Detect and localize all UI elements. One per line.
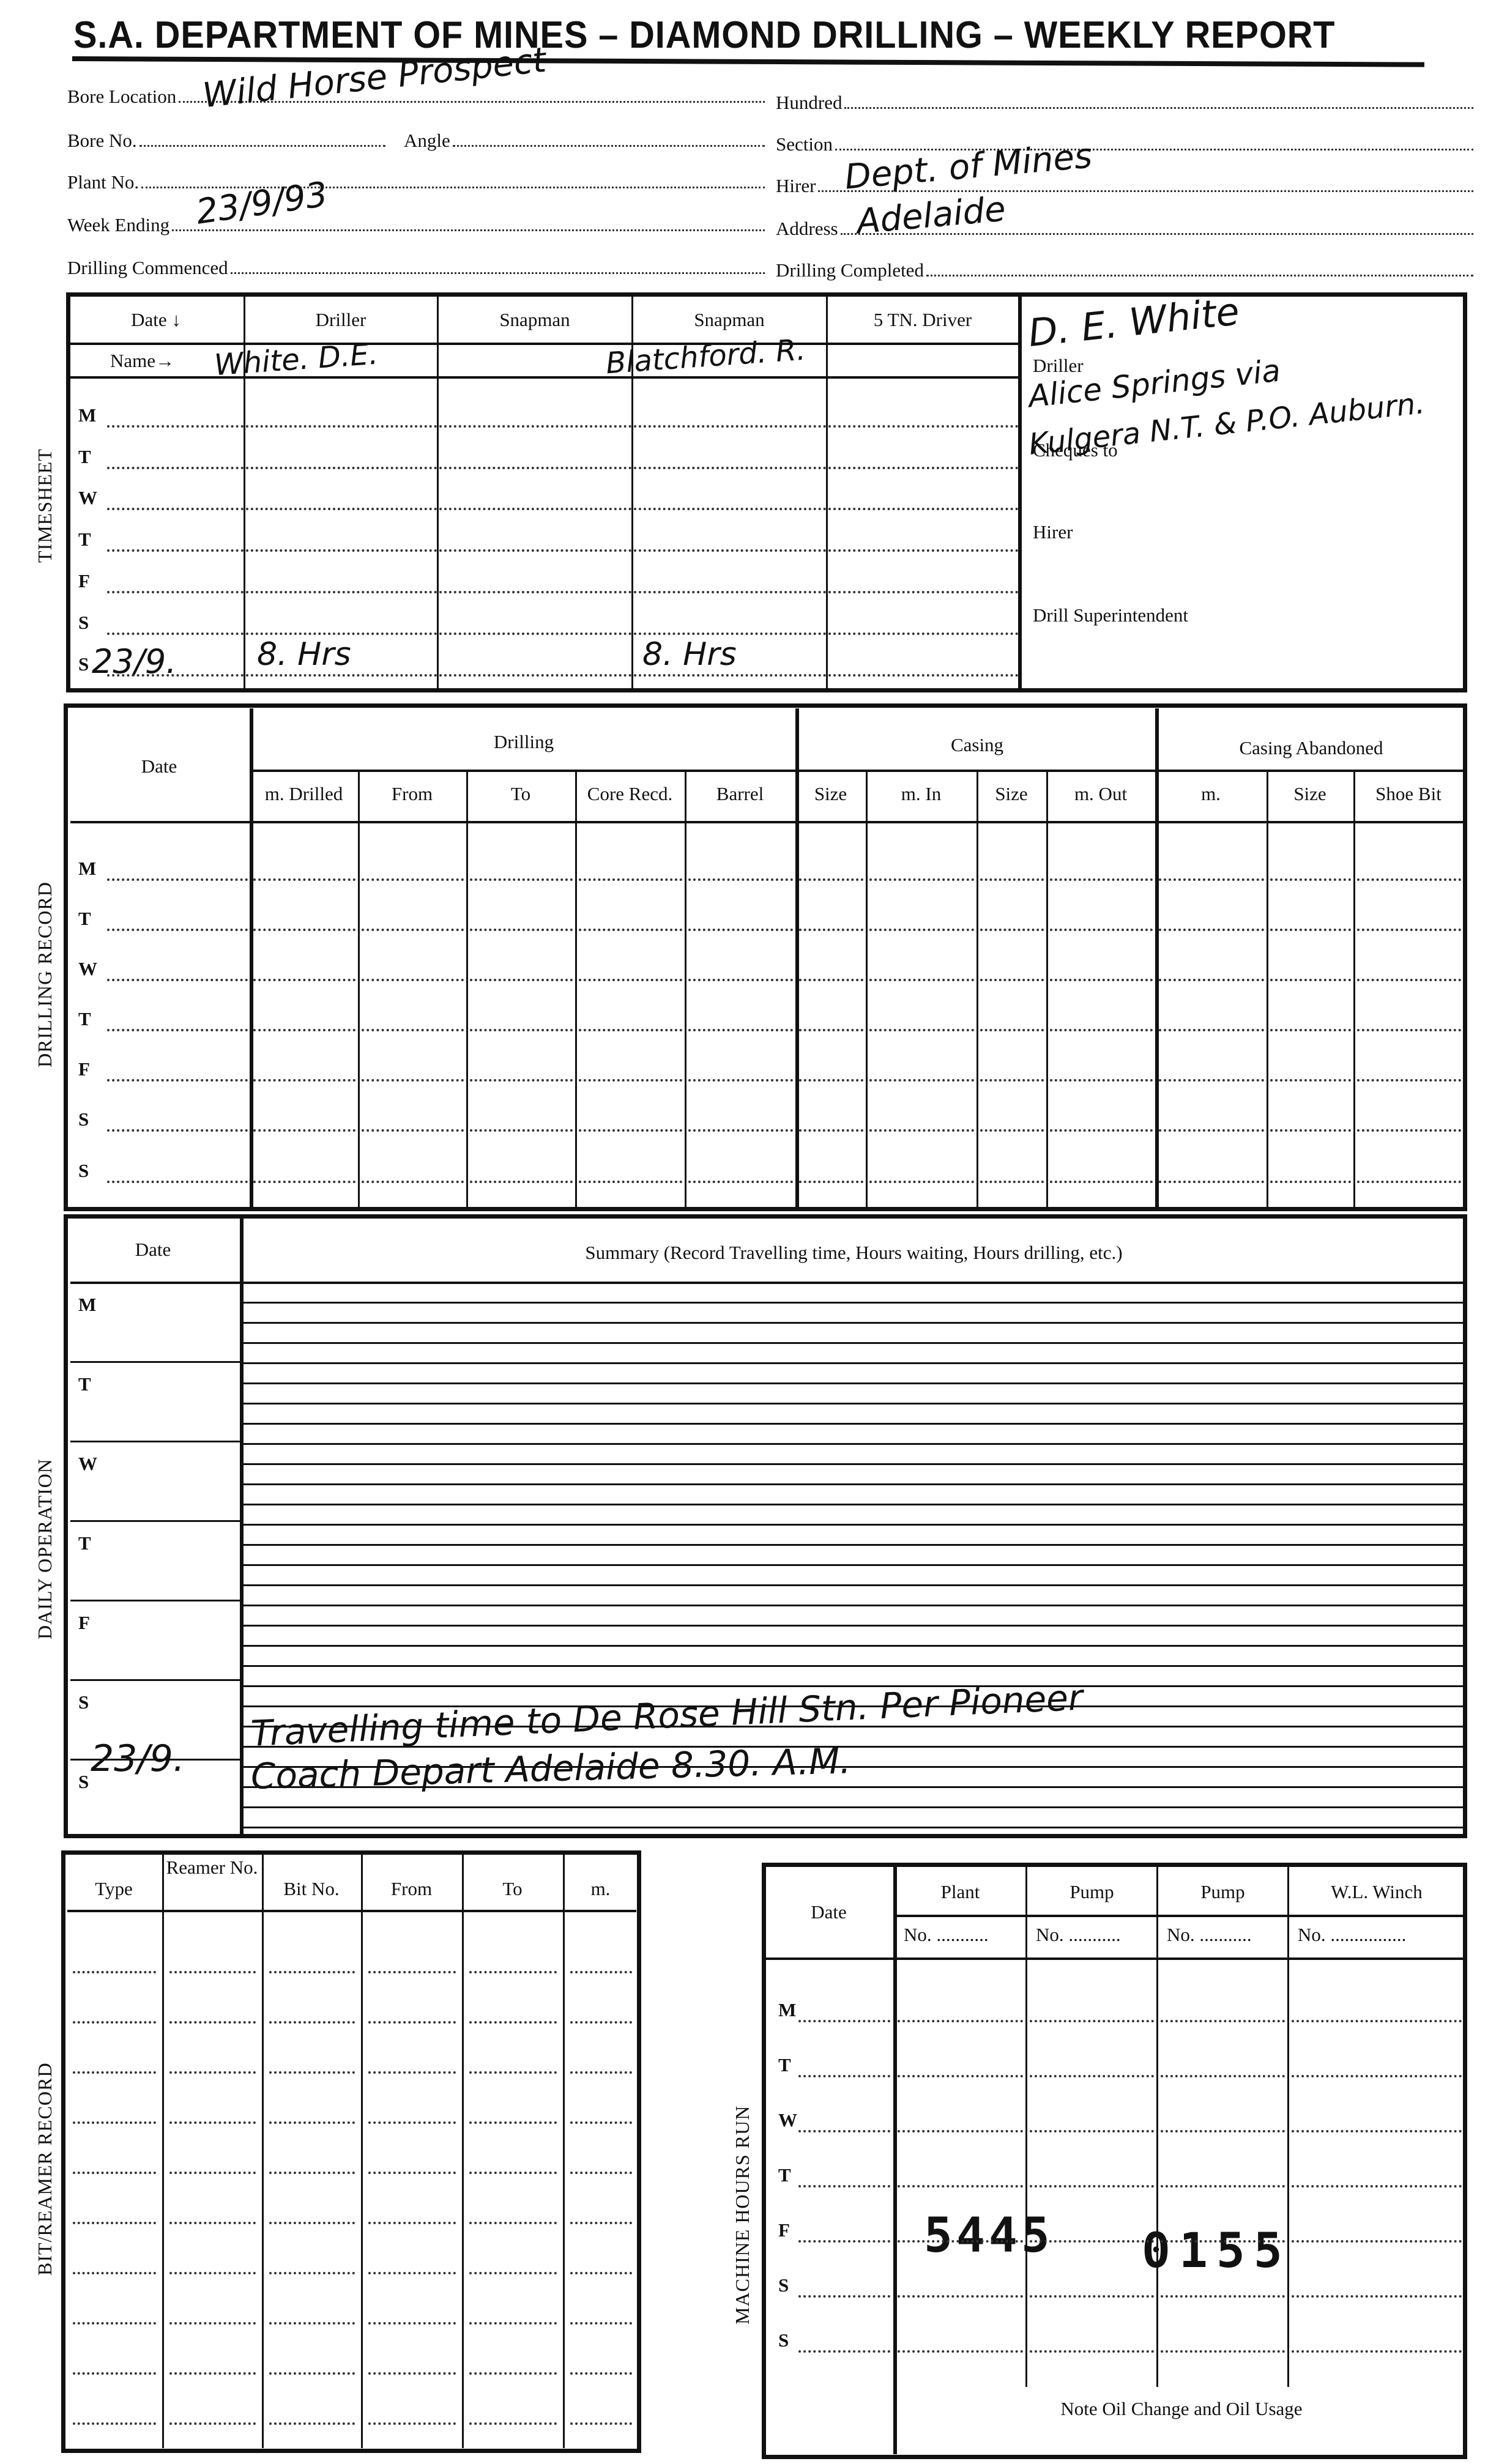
timesheet-cell[interactable] (107, 633, 244, 635)
timesheet-cell[interactable] (634, 674, 826, 677)
machine-day-5: S (778, 2274, 789, 2296)
summary-line[interactable] (244, 1302, 1464, 1304)
machine-day-3: T (778, 2164, 791, 2186)
summary-line[interactable] (244, 1544, 1464, 1546)
bit-reamer-cell[interactable] (469, 2121, 557, 2124)
timesheet-cell[interactable] (246, 549, 437, 552)
drilling-cell[interactable] (362, 878, 464, 881)
drilling-cell[interactable] (869, 1129, 974, 1132)
bit-reamer-cell[interactable] (570, 2222, 632, 2224)
drilling-cell[interactable] (579, 1029, 682, 1031)
drilling-cell[interactable] (980, 878, 1044, 881)
machine-hours-cell[interactable] (1161, 2020, 1285, 2022)
summary-line[interactable] (244, 1605, 1464, 1606)
drilling-cell[interactable] (869, 1079, 974, 1082)
machine-hours-cell[interactable] (1030, 2130, 1154, 2132)
drilling-cell[interactable] (1050, 878, 1153, 881)
bit-reamer-cell[interactable] (368, 2172, 456, 2174)
angle-field[interactable]: Angle (404, 130, 765, 152)
machine-col-no: No. ........... (1167, 1924, 1252, 1946)
bit-reamer-cell[interactable] (73, 2172, 156, 2174)
machine-date-cell[interactable] (798, 2240, 890, 2243)
drilling-cell[interactable] (470, 1029, 573, 1031)
machine-hours-cell[interactable] (898, 2130, 1023, 2132)
section-label: Section (776, 133, 835, 155)
drilling-cell[interactable] (799, 979, 863, 981)
machine-hours-cell[interactable] (1292, 2130, 1462, 2132)
drilling-group-header: Drilling (252, 731, 795, 753)
timesheet-cell[interactable] (107, 425, 244, 428)
hundred-label: Hundred (776, 92, 844, 114)
summary-line[interactable] (244, 1705, 1464, 1707)
bit-reamer-cell[interactable] (469, 2071, 557, 2074)
drilling-cell[interactable] (799, 1129, 863, 1132)
drilling-cell[interactable] (1159, 1181, 1264, 1183)
summary-line[interactable] (244, 1382, 1464, 1384)
drilling-cell[interactable] (869, 878, 974, 881)
summary-line[interactable] (244, 1524, 1464, 1526)
drilling-cell[interactable] (1270, 878, 1351, 881)
drilling-record-section-label: DRILLING RECORD (34, 841, 56, 1067)
summary-line[interactable] (244, 1443, 1464, 1445)
drilling-cell[interactable] (688, 1079, 793, 1082)
drilling-cell[interactable] (362, 1181, 464, 1183)
timesheet-cell[interactable] (246, 467, 437, 469)
bit-reamer-cell[interactable] (368, 2422, 456, 2425)
bit-reamer-cell[interactable] (269, 2222, 355, 2224)
daily-op-summary-header: Summary (Record Travelling time, Hours w… (244, 1242, 1464, 1264)
timesheet-cell[interactable] (107, 508, 244, 510)
bit-reamer-cell[interactable] (73, 2121, 156, 2124)
drilling-cell[interactable] (799, 1079, 863, 1082)
timesheet-cell[interactable] (439, 549, 631, 552)
drilling-cell[interactable] (1270, 929, 1351, 931)
bit-reamer-cell[interactable] (169, 1971, 256, 1973)
drilling-cell[interactable] (579, 979, 682, 981)
bit-reamer-cell[interactable] (169, 2222, 256, 2224)
drilling-cell[interactable] (1159, 878, 1264, 881)
drilling-cell[interactable] (1357, 1079, 1461, 1082)
drilling-col-header: m. In (866, 783, 976, 805)
drilling-cell[interactable] (1270, 1129, 1351, 1132)
timesheet-cell[interactable] (107, 674, 244, 677)
bit-reamer-cell[interactable] (169, 2121, 256, 2124)
bit-reamer-cell[interactable] (570, 2422, 632, 2425)
bit-reamer-cell[interactable] (169, 2272, 256, 2274)
drilling-cell[interactable] (1050, 1079, 1153, 1082)
bit-reamer-cell[interactable] (269, 2071, 355, 2074)
machine-hours-cell[interactable] (1030, 2240, 1154, 2243)
summary-line[interactable] (244, 1806, 1464, 1808)
drilling-cell[interactable] (1357, 929, 1461, 931)
bit-reamer-cell[interactable] (73, 2272, 156, 2274)
drilling-cell[interactable] (253, 1129, 355, 1132)
drilling-cell[interactable] (869, 1181, 974, 1183)
drilling-day-5: S (78, 1108, 89, 1130)
drilling-cell[interactable] (1159, 1079, 1264, 1082)
machine-hours-cell[interactable] (1161, 2295, 1285, 2298)
machine-hours-box (762, 1863, 1467, 2459)
bit-reamer-cell[interactable] (169, 2372, 256, 2375)
timesheet-cell[interactable] (439, 591, 631, 593)
machine-hours-section-label: MACHINE HOURS RUN (731, 2068, 754, 2325)
machine-hours-cell[interactable] (898, 2020, 1023, 2022)
summary-line[interactable] (244, 1584, 1464, 1586)
drilling-cell[interactable] (253, 1079, 355, 1082)
machine-hours-cell[interactable] (1161, 2185, 1285, 2188)
machine-hours-cell[interactable] (1030, 2185, 1154, 2188)
drilling-cell[interactable] (980, 1029, 1044, 1031)
bit-reamer-cell[interactable] (570, 2322, 632, 2325)
drilling-cell[interactable] (253, 929, 355, 931)
machine-hours-cell[interactable] (898, 2185, 1023, 2188)
machine-hours-cell[interactable] (1161, 2240, 1285, 2243)
bit-reamer-cell[interactable] (469, 2322, 557, 2325)
drilling-cell[interactable] (688, 878, 793, 881)
drilling-cell[interactable] (799, 929, 863, 931)
bit-reamer-cell[interactable] (73, 2222, 156, 2224)
drilling-cell[interactable] (579, 1129, 682, 1132)
drilling-date-cell[interactable] (107, 1181, 248, 1183)
machine-hours-cell[interactable] (1030, 2020, 1154, 2022)
machine-date-header: Date (766, 1901, 891, 1923)
timesheet-col-snapman-2: Snapman (633, 309, 826, 331)
timesheet-cell[interactable] (439, 467, 631, 469)
bit-reamer-cell[interactable] (570, 2071, 632, 2074)
drilling-cell[interactable] (688, 1181, 793, 1183)
machine-hours-cell[interactable] (1292, 2185, 1462, 2188)
timesheet-cell[interactable] (828, 508, 1018, 510)
drilling-cell[interactable] (1159, 929, 1264, 931)
timesheet-cell[interactable] (634, 425, 826, 428)
drilling-cell[interactable] (1050, 929, 1153, 931)
drilling-cell[interactable] (1270, 979, 1351, 981)
drilling-date-cell[interactable] (107, 878, 248, 881)
bit-reamer-cell[interactable] (169, 2422, 256, 2425)
drilling-cell[interactable] (688, 979, 793, 981)
bit-reamer-cell[interactable] (169, 2172, 256, 2174)
machine-date-cell[interactable] (798, 2295, 890, 2298)
timesheet-cell[interactable] (828, 633, 1018, 635)
bit-reamer-cell[interactable] (469, 2172, 557, 2174)
timesheet-cell[interactable] (439, 425, 631, 428)
machine-day-1: T (778, 2054, 791, 2076)
drilling-date-cell[interactable] (107, 929, 248, 931)
bit-reamer-col-header: From (361, 1878, 462, 1900)
machine-hours-cell[interactable] (1292, 2020, 1462, 2022)
timesheet-cell[interactable] (828, 425, 1018, 428)
bit-reamer-cell[interactable] (73, 2372, 156, 2375)
drilling-cell[interactable] (688, 1029, 793, 1031)
timesheet-cell[interactable] (439, 633, 631, 635)
timesheet-cell[interactable] (828, 591, 1018, 593)
drilling-cell[interactable] (688, 1129, 793, 1132)
timesheet-day-5: S (78, 612, 89, 634)
drilling-col-header: To (466, 783, 575, 805)
summary-line[interactable] (244, 1746, 1464, 1748)
plant-hours-stamp: 5445 (924, 2208, 1054, 2263)
bit-reamer-cell[interactable] (570, 2121, 632, 2124)
bit-reamer-cell[interactable] (570, 2272, 632, 2274)
machine-col-no: No. ........... (904, 1924, 989, 1946)
drilling-cell[interactable] (253, 979, 355, 981)
summary-line[interactable] (244, 1483, 1464, 1485)
drilling-day-1: T (78, 908, 91, 930)
daily-op-day-3: T (78, 1532, 91, 1554)
machine-hours-cell[interactable] (1292, 2075, 1462, 2077)
drilling-cell[interactable] (1270, 1079, 1351, 1082)
drilling-cell[interactable] (470, 1079, 573, 1082)
timesheet-cell[interactable] (107, 467, 244, 469)
timesheet-cell[interactable] (828, 467, 1018, 469)
drill-superintendent-label: Drill Superintendent (1033, 604, 1188, 626)
drilling-date-cell[interactable] (107, 1079, 248, 1082)
bit-reamer-cell[interactable] (169, 2322, 256, 2325)
timesheet-cell[interactable] (246, 674, 437, 677)
bit-reamer-cell[interactable] (368, 2222, 456, 2224)
summary-line[interactable] (244, 1423, 1464, 1425)
machine-date-cell[interactable] (798, 2020, 890, 2022)
drilling-day-3: T (78, 1008, 91, 1030)
drilling-completed-field[interactable]: Drilling Completed (776, 259, 1473, 281)
machine-hours-cell[interactable] (898, 2075, 1023, 2077)
bit-reamer-cell[interactable] (269, 2422, 355, 2425)
drilling-cell[interactable] (980, 1079, 1044, 1082)
drilling-cell[interactable] (1270, 1181, 1351, 1183)
bit-reamer-cell[interactable] (469, 2222, 557, 2224)
timesheet-name-header: Name→ (110, 350, 174, 372)
machine-date-cell[interactable] (798, 2075, 890, 2077)
timesheet-cell[interactable] (246, 633, 437, 635)
timesheet-cell[interactable] (828, 549, 1018, 552)
drilling-commenced-field[interactable]: Drilling Commenced (67, 257, 765, 279)
summary-line[interactable] (244, 1625, 1464, 1627)
summary-line[interactable] (244, 1685, 1464, 1687)
drilling-cell[interactable] (869, 979, 974, 981)
bit-reamer-cell[interactable] (73, 2422, 156, 2425)
bit-reamer-cell[interactable] (269, 2372, 355, 2375)
summary-line[interactable] (244, 1766, 1464, 1768)
daily-op-day-2: W (78, 1453, 97, 1475)
summary-line[interactable] (244, 1564, 1464, 1566)
plant-no-field[interactable]: Plant No. (67, 171, 765, 193)
timesheet-cell[interactable] (107, 549, 244, 552)
bit-reamer-cell[interactable] (73, 2322, 156, 2325)
machine-hours-cell[interactable] (1161, 2130, 1285, 2132)
drilling-cell[interactable] (579, 1079, 682, 1082)
bit-reamer-cell[interactable] (469, 2021, 557, 2024)
drilling-cell[interactable] (253, 878, 355, 881)
bit-reamer-cell[interactable] (570, 1971, 632, 1973)
drilling-date-cell[interactable] (107, 1129, 248, 1132)
machine-hours-cell[interactable] (898, 2240, 1023, 2243)
machine-day-6: S (778, 2329, 789, 2351)
drilling-cell[interactable] (253, 1181, 355, 1183)
drilling-cell[interactable] (799, 878, 863, 881)
drilling-cell[interactable] (869, 1029, 974, 1031)
drilling-col-header: Size (1267, 783, 1353, 805)
bit-reamer-cell[interactable] (269, 2021, 355, 2024)
bit-reamer-cell[interactable] (368, 2121, 456, 2124)
machine-hours-cell[interactable] (1292, 2240, 1462, 2243)
section-field[interactable]: Section (776, 133, 1473, 155)
drilling-cell[interactable] (1050, 1129, 1153, 1132)
machine-hours-cell[interactable] (1030, 2350, 1154, 2353)
drilling-col-header: Shoe Bit (1353, 783, 1464, 805)
bore-location-label: Bore Location (67, 86, 179, 108)
drilling-cell[interactable] (980, 1129, 1044, 1132)
bit-reamer-cell[interactable] (169, 2071, 256, 2074)
drilling-cell[interactable] (1050, 1029, 1153, 1031)
drilling-cell[interactable] (362, 1029, 464, 1031)
drilling-cell[interactable] (1159, 979, 1264, 981)
drilling-cell[interactable] (980, 929, 1044, 931)
drilling-col-header: m. (1155, 783, 1267, 805)
bit-reamer-cell[interactable] (469, 2372, 557, 2375)
machine-date-cell[interactable] (798, 2350, 890, 2353)
drilling-cell[interactable] (362, 979, 464, 981)
summary-line[interactable] (244, 1827, 1464, 1828)
bit-reamer-cell[interactable] (469, 2422, 557, 2425)
drilling-cell[interactable] (470, 929, 573, 931)
drilling-cell[interactable] (253, 1029, 355, 1031)
drilling-cell[interactable] (980, 979, 1044, 981)
timesheet-cell[interactable] (439, 508, 631, 510)
timesheet-cell[interactable] (634, 508, 826, 510)
machine-hours-cell[interactable] (1292, 2350, 1462, 2353)
drilling-cell[interactable] (799, 1029, 863, 1031)
drilling-date-cell[interactable] (107, 1029, 248, 1031)
machine-hours-cell[interactable] (1161, 2350, 1285, 2353)
bit-reamer-cell[interactable] (570, 2021, 632, 2024)
drilling-cell[interactable] (470, 878, 573, 881)
drilling-cell[interactable] (1357, 1029, 1461, 1031)
summary-line[interactable] (244, 1322, 1464, 1324)
bit-reamer-cell[interactable] (368, 2071, 456, 2074)
bit-reamer-cell[interactable] (73, 1971, 156, 1973)
drilling-day-6: S (78, 1160, 89, 1182)
drilling-cell[interactable] (1159, 1129, 1264, 1132)
timesheet-cell[interactable] (634, 591, 826, 593)
drilling-cell[interactable] (1050, 979, 1153, 981)
bit-reamer-box (61, 1850, 641, 2453)
drilling-cell[interactable] (470, 979, 573, 981)
timesheet-date-header: Date ↓ (70, 309, 242, 331)
drilling-cell[interactable] (1270, 1029, 1351, 1031)
bit-reamer-cell[interactable] (368, 1971, 456, 1973)
bit-reamer-cell[interactable] (269, 2272, 355, 2274)
summary-line[interactable] (244, 1403, 1464, 1405)
drilling-cell[interactable] (470, 1129, 573, 1132)
bit-reamer-cell[interactable] (368, 2021, 456, 2024)
drilling-col-header: m. Drilled (250, 783, 358, 805)
timesheet-day-6: S (78, 653, 89, 675)
drilling-cell[interactable] (362, 1079, 464, 1082)
machine-hours-cell[interactable] (1161, 2075, 1285, 2077)
drilling-cell[interactable] (579, 878, 682, 881)
bit-reamer-cell[interactable] (469, 2272, 557, 2274)
bit-reamer-cell[interactable] (269, 2172, 355, 2174)
bore-no-field[interactable]: Bore No. (67, 130, 385, 152)
drilling-cell[interactable] (362, 929, 464, 931)
timesheet-cell[interactable] (634, 549, 826, 552)
bit-reamer-cell[interactable] (368, 2272, 456, 2274)
bit-reamer-cell[interactable] (368, 2372, 456, 2375)
drilling-cell[interactable] (579, 929, 682, 931)
drilling-cell[interactable] (799, 1181, 863, 1183)
drilling-cell[interactable] (1357, 979, 1461, 981)
machine-hours-cell[interactable] (1030, 2075, 1154, 2077)
bit-reamer-cell[interactable] (269, 2121, 355, 2124)
bit-reamer-cell[interactable] (73, 2071, 156, 2074)
summary-line[interactable] (244, 1463, 1464, 1465)
bit-reamer-cell[interactable] (269, 2322, 355, 2325)
timesheet-cell[interactable] (634, 467, 826, 469)
drilling-cell[interactable] (362, 1129, 464, 1132)
timesheet-cell[interactable] (246, 508, 437, 510)
drilling-completed-label: Drilling Completed (776, 259, 926, 281)
drilling-cell[interactable] (688, 929, 793, 931)
bit-reamer-cell[interactable] (570, 2372, 632, 2375)
bit-reamer-cell[interactable] (570, 2172, 632, 2174)
drilling-cell[interactable] (1050, 1181, 1153, 1183)
drilling-cell[interactable] (1159, 1029, 1264, 1031)
timesheet-cell[interactable] (439, 674, 631, 677)
machine-date-cell[interactable] (798, 2185, 890, 2188)
machine-hours-cell[interactable] (1292, 2295, 1462, 2298)
summary-line[interactable] (244, 1665, 1464, 1667)
machine-hours-cell[interactable] (898, 2295, 1023, 2298)
machine-date-cell[interactable] (798, 2130, 890, 2132)
bit-reamer-cell[interactable] (169, 2021, 256, 2024)
drilling-cell[interactable] (869, 929, 974, 931)
drilling-date-cell[interactable] (107, 979, 248, 981)
bit-reamer-cell[interactable] (469, 1971, 557, 1973)
summary-line[interactable] (244, 1726, 1464, 1727)
timesheet-cell[interactable] (828, 674, 1018, 677)
drilling-cell[interactable] (1357, 1129, 1461, 1132)
drilling-cell[interactable] (980, 1181, 1044, 1183)
week-ending-field[interactable]: Week Ending (67, 214, 765, 236)
summary-line[interactable] (244, 1645, 1464, 1647)
timesheet-cell[interactable] (246, 591, 437, 593)
summary-line[interactable] (244, 1342, 1464, 1344)
timesheet-cell[interactable] (634, 633, 826, 635)
plant-no-label: Plant No. (67, 171, 141, 193)
drilling-cell[interactable] (470, 1181, 573, 1183)
machine-hours-cell[interactable] (1030, 2295, 1154, 2298)
bit-reamer-cell[interactable] (368, 2322, 456, 2325)
timesheet-col-5tn-driver: 5 TN. Driver (827, 309, 1018, 331)
drilling-day-0: M (78, 858, 96, 880)
summary-line[interactable] (244, 1504, 1464, 1505)
machine-hours-cell[interactable] (898, 2350, 1023, 2353)
bit-reamer-cell[interactable] (269, 1971, 355, 1973)
drilling-cell[interactable] (1357, 878, 1461, 881)
drilling-cell[interactable] (579, 1181, 682, 1183)
address-label: Address (776, 218, 841, 240)
drilling-cell[interactable] (1357, 1181, 1461, 1183)
timesheet-day-0: M (78, 404, 96, 426)
summary-line[interactable] (244, 1786, 1464, 1788)
timesheet-cell[interactable] (107, 591, 244, 593)
bit-reamer-cell[interactable] (73, 2021, 156, 2024)
angle-label: Angle (404, 130, 453, 152)
timesheet-cell[interactable] (246, 425, 437, 428)
hundred-field[interactable]: Hundred (776, 92, 1473, 114)
machine-col-no: No. ................ (1298, 1924, 1406, 1946)
summary-line[interactable] (244, 1362, 1464, 1364)
